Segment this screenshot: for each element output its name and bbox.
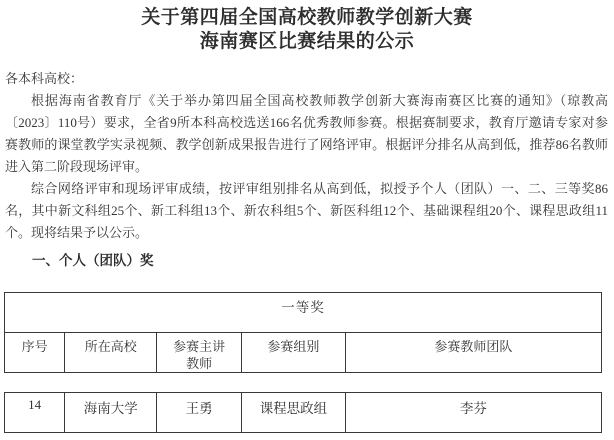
awards-table-header: 一等奖 序号 所在高校 参赛主讲教师 参赛组别 参赛教师团队	[4, 292, 602, 373]
award-tier-row: 一等奖	[5, 293, 602, 333]
col-header-school: 所在高校	[65, 333, 157, 373]
cell-school: 海南大学	[65, 393, 157, 433]
paragraph-notice-basis: 根据海南省教育厅《关于举办第四届全国高校教师教学创新大赛海南赛区比赛的通知》（琼…	[5, 90, 608, 178]
col-header-lead-teacher: 参赛主讲教师	[157, 333, 242, 373]
document-title: 关于第四届全国高校教师教学创新大赛 海南赛区比赛结果的公示	[4, 6, 610, 54]
award-tier-header: 一等奖	[5, 293, 602, 333]
cell-competition-group: 课程思政组	[242, 393, 346, 433]
section-heading-individual-team-awards: 一、个人（团队）奖	[5, 250, 608, 272]
awards-table-body: 14 海南大学 王勇 课程思政组 李芬	[4, 392, 602, 433]
col-header-competition-group: 参赛组别	[242, 333, 346, 373]
col-header-serial-number: 序号	[5, 333, 65, 373]
col-header-teacher-team: 参赛教师团队	[345, 333, 601, 373]
cell-lead-teacher: 王勇	[157, 393, 242, 433]
document-page: 关于第四届全国高校教师教学创新大赛 海南赛区比赛结果的公示 各本科高校： 根据海…	[0, 0, 614, 440]
paragraph-award-summary: 综合网络评审和现场评审成绩，按评审组别排名从高到低，拟授予个人（团队）一、二、三…	[5, 178, 608, 244]
col-header-lead-teacher-label: 参赛主讲教师	[172, 338, 227, 372]
title-line-2: 海南赛区比赛结果的公示	[4, 30, 610, 54]
salutation: 各本科高校：	[5, 68, 608, 90]
table-row: 14 海南大学 王勇 课程思政组 李芬	[5, 393, 602, 433]
cell-teacher-team: 李芬	[345, 393, 601, 433]
cell-serial-number: 14	[5, 393, 65, 433]
title-line-1: 关于第四届全国高校教师教学创新大赛	[4, 6, 610, 30]
column-header-row: 序号 所在高校 参赛主讲教师 参赛组别 参赛教师团队	[5, 333, 602, 373]
